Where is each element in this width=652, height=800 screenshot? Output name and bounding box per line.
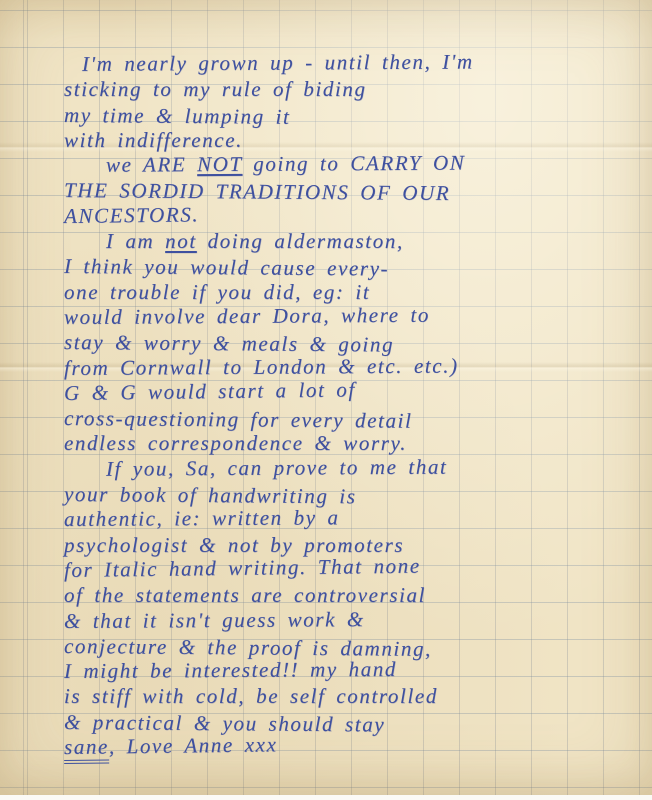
letter-text-segment: I might be interested!! my hand [64, 657, 397, 683]
letter-text-segment: sticking to my rule of biding [64, 77, 367, 101]
letter-line: I think you would cause every- [64, 254, 646, 284]
letter-text-segment: for Italic hand writing. That none [64, 554, 421, 582]
letter-text-segment: authentic, ie: written by a [64, 506, 340, 532]
letter-line: authentic, ie: written by a [64, 504, 646, 533]
letter-text-segment: I am [106, 229, 165, 253]
letter-line: is stiff with cold, be self controlled [64, 684, 646, 709]
letter-line: If you, Sa, can prove to me that [64, 453, 646, 482]
underlined-word: not [165, 229, 197, 253]
letter-text-segment: of the statements are controversial [64, 583, 426, 607]
underlined-word: NOT [197, 152, 242, 176]
letter-line: I might be interested!! my hand [64, 656, 646, 685]
letter-text-segment: one trouble if you did, eg: it [64, 280, 370, 304]
letter-text-segment: from Cornwall to London & etc. etc.) [64, 353, 459, 379]
letter-text-segment: I think you would cause every- [64, 254, 389, 281]
letter-line: I am not doing aldermaston, [64, 229, 646, 254]
letter-text-segment: we ARE [106, 152, 197, 177]
letter-line: of the statements are controversial [64, 583, 646, 608]
letter-text-segment: doing aldermaston, [197, 229, 404, 253]
letter-line: I'm nearly grown up - until then, I'm [64, 48, 646, 77]
letter-text-segment: my time & lumping it [64, 103, 291, 129]
letter-text-segment: stay & worry & meals & going [64, 330, 394, 357]
letter-line: endless correspondence & worry. [64, 431, 646, 456]
letter-text-segment: going to CARRY ON [242, 151, 465, 176]
letter-text-segment: & that it isn't guess work & [64, 607, 365, 633]
scanned-letter-page: I'm nearly grown up - until then, I'msti… [0, 0, 652, 800]
letter-text-segment: endless correspondence & worry. [64, 431, 407, 455]
letter-line: we ARE NOT going to CARRY ON [64, 150, 646, 179]
letter-line: cross-questioning for every detail [64, 406, 646, 436]
letter-line: & that it isn't guess work & [64, 605, 646, 634]
letter-paper: I'm nearly grown up - until then, I'msti… [0, 0, 652, 795]
letter-text-segment: would involve dear Dora, where to [64, 303, 430, 329]
letter-text-segment: with indifference. [64, 128, 243, 152]
letter-text-segment: ANCESTORS. [64, 202, 200, 228]
letter-text-segment: I'm nearly grown up - until then, I'm [82, 49, 474, 75]
letter-text-segment: cross-questioning for every detail [64, 406, 413, 433]
underlined-word: sane [64, 734, 109, 764]
letter-text-segment: If you, Sa, can prove to me that [106, 454, 448, 480]
letter-line: would involve dear Dora, where to [64, 301, 646, 330]
letter-line: my time & lumping it [64, 103, 646, 133]
letter-text-segment: psychologist & not by promoters [64, 533, 404, 557]
letter-body: I'm nearly grown up - until then, I'msti… [64, 52, 646, 760]
letter-text-segment: G & G would start a lot of [64, 377, 356, 405]
letter-text-segment: is stiff with cold, be self controlled [64, 684, 438, 708]
letter-text-segment: , Love Anne xxx [109, 732, 278, 758]
scan-edge [0, 795, 652, 800]
letter-text-segment: your book of handwriting is [64, 482, 357, 508]
letter-line: sticking to my rule of biding [64, 77, 646, 102]
